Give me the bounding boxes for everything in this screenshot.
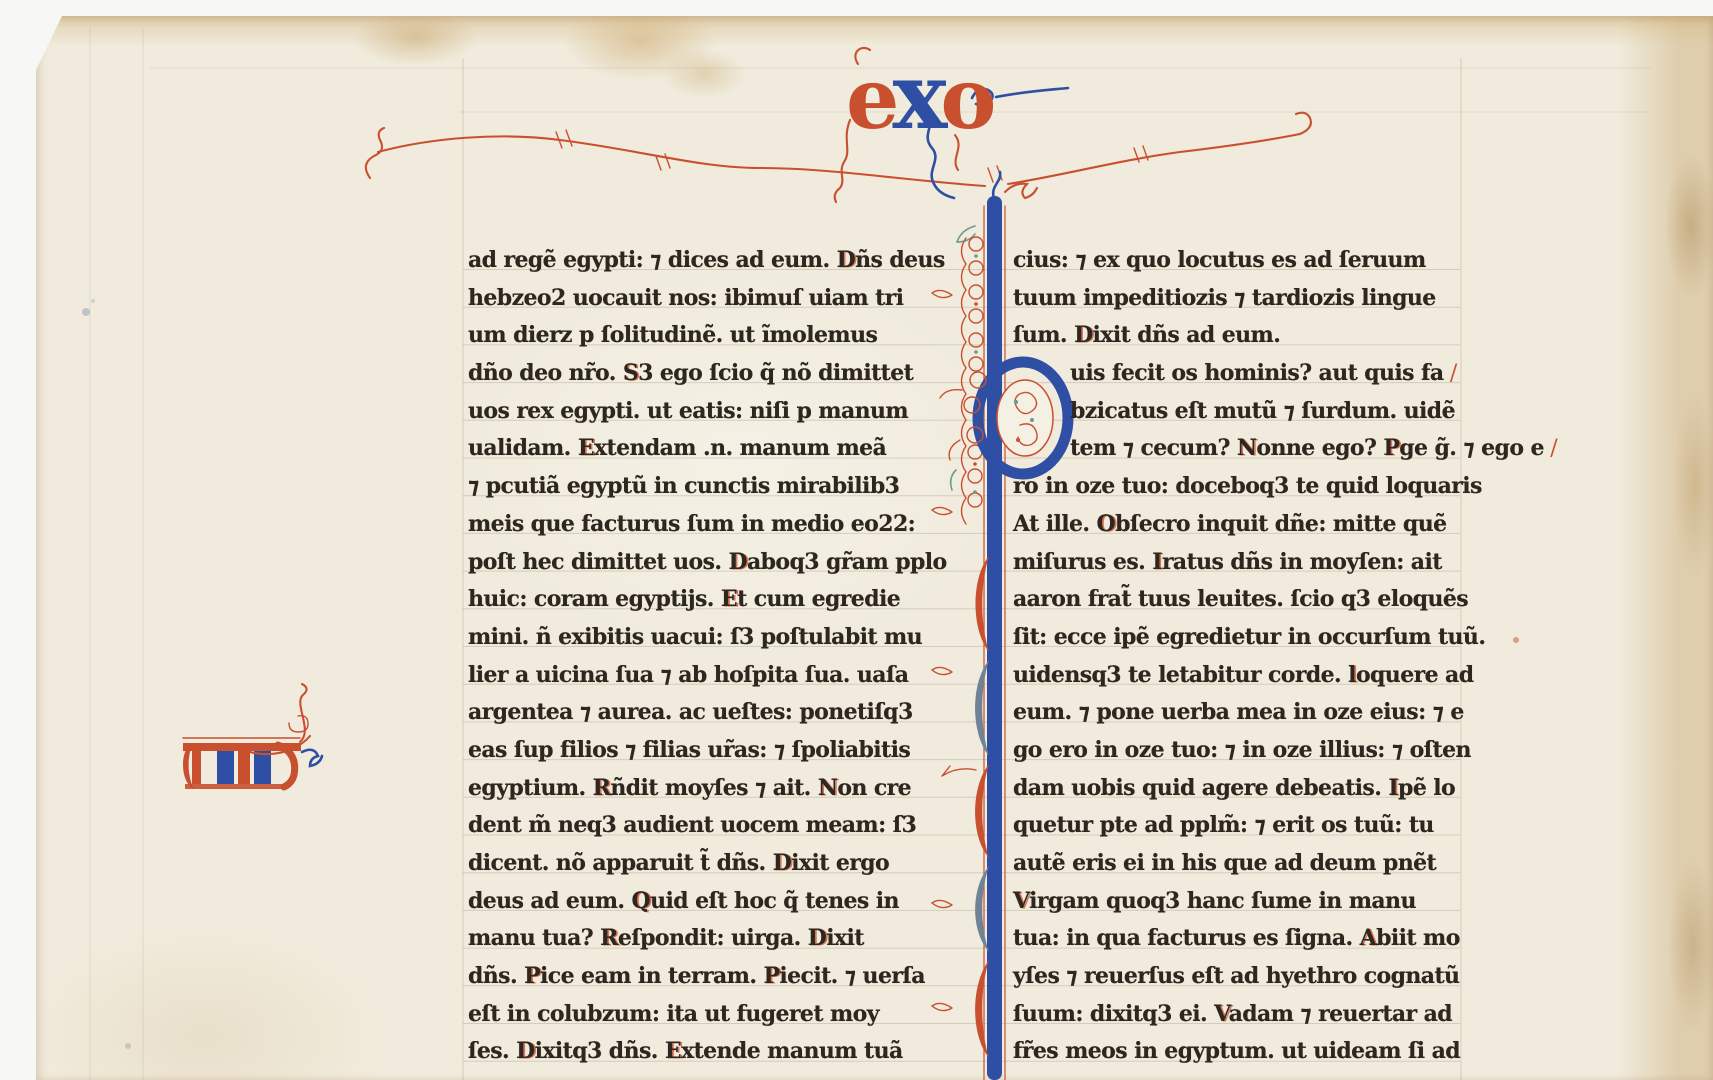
text-line: manu tua? Reſpondit: uirga. Dixit <box>468 920 958 958</box>
text-segment: ⁊ pcutiã egyptũ in cunctis mirabilib3 <box>468 473 899 499</box>
text-segment: um dierz p ſolitudinẽ. ut ĩmolemus <box>468 322 877 348</box>
text-segment: ſuum: dixitq3 ei. <box>1013 1001 1214 1027</box>
rubricated-capital: D <box>1074 322 1092 348</box>
rubricated-capital: D <box>773 850 791 876</box>
text-segment: ixit ergo <box>791 850 889 876</box>
text-line: quetur pte ad pplm̃: ⁊ erit os tuũ: tu <box>1013 807 1465 845</box>
text-line: eſt in colubzum: ita ut fugeret moy <box>468 996 958 1034</box>
rubricated-capital: D <box>516 1038 534 1064</box>
text-segment: pẽ lo <box>1398 775 1455 801</box>
text-column-right: cius: ⁊ ex quo locutus es ad ſeruumtuum … <box>1013 242 1465 1071</box>
text-line: mini. ñ exibitis uacui: ſ3 poſtulabit mu <box>468 619 958 657</box>
running-title-letter: o <box>940 49 989 148</box>
text-segment: autẽ eris ei in his que ad deum pnẽt <box>1013 850 1436 876</box>
text-segment: adam ⁊ reuertar ad <box>1229 1001 1452 1027</box>
text-line: argentea ⁊ aurea. ac ueſtes: ponetiſq3 <box>468 694 958 732</box>
text-line: ſuum: dixitq3 ei. Vadam ⁊ reuertar ad <box>1013 996 1465 1034</box>
rubricated-capital: P <box>524 963 540 989</box>
text-segment: 3 ego ſcio q̃ nõ dimittet <box>638 360 913 386</box>
text-segment: dam uobis quid agere debeatis. <box>1013 775 1388 801</box>
rubricated-capital: I <box>1388 775 1398 801</box>
text-segment: lier a uicina ſua ⁊ ab hoſpita ſua. uaſa <box>468 662 908 688</box>
rubricated-capital: P <box>1383 435 1399 461</box>
text-segment: uos rex egypti. ut eatis: niſi p manum <box>468 398 908 424</box>
text-segment: poſt hec dimittet uos. <box>468 549 728 575</box>
text-line: lier a uicina ſua ⁊ ab hoſpita ſua. uaſa <box>468 657 958 695</box>
text-segment: / <box>1544 436 1557 461</box>
text-line: yſes ⁊ reuerſus eſt ad hyethro cognatũ <box>1013 958 1465 996</box>
text-segment: irgam quoq3 hanc ſume in manu <box>1029 888 1416 914</box>
text-line: dño deo nr̃o. S3 ego ſcio q̃ nõ dimittet <box>468 355 958 393</box>
text-segment: xtendam .n. manum meã <box>594 435 886 461</box>
text-segment: ſum. <box>1013 322 1074 348</box>
rubricated-capital: D <box>837 247 855 273</box>
rubricated-capital: D <box>728 549 746 575</box>
text-segment: manu tua? <box>468 925 600 951</box>
text-segment: ixit <box>826 925 864 951</box>
text-segment: cius: ⁊ ex quo locutus es ad ſeruum <box>1013 247 1426 273</box>
text-line: uidensq3 te letabitur corde. loquere ad <box>1013 657 1465 695</box>
text-segment: ſit: ecce ipẽ egredietur in occurſum tuũ… <box>1013 624 1485 650</box>
text-line: cius: ⁊ ex quo locutus es ad ſeruum <box>1013 242 1465 280</box>
rubricated-capital: l <box>1348 662 1356 688</box>
text-segment: tem ⁊ cecum? <box>1070 435 1237 461</box>
rubricated-capital: E <box>578 435 594 461</box>
text-segment: t cum egredie <box>737 586 900 612</box>
text-segment: dicent. nõ apparuit t̃ dñs. <box>468 850 773 876</box>
text-segment: miſurus es. <box>1013 549 1152 575</box>
text-segment: uidensq3 te letabitur corde. <box>1013 662 1348 688</box>
text-line: uis fecit os hominis? aut quis fa / <box>1013 355 1465 393</box>
text-segment: aboq3 gr̃am pplo <box>747 549 947 575</box>
text-segment: on cre <box>837 775 911 801</box>
text-segment: ixitq3 dñs. <box>535 1038 665 1064</box>
text-segment: tuum impeditiozis ⁊ tardiozis lingue <box>1013 285 1436 311</box>
rubricated-capital: P <box>763 963 779 989</box>
text-line: ualidam. Extendam .n. manum meã <box>468 430 958 468</box>
text-segment: oquere ad <box>1356 662 1474 688</box>
text-line: miſurus es. Iratus dñs in moyſen: ait <box>1013 544 1465 582</box>
text-segment: ixit dñs ad eum. <box>1093 322 1281 348</box>
text-line: ro in oze tuo: doceboq3 te quid loquaris <box>1013 468 1465 506</box>
text-line: tem ⁊ cecum? Nonne ego? Pge g̃. ⁊ ego e … <box>1013 430 1465 468</box>
text-segment: quetur pte ad pplm̃: ⁊ erit os tuũ: tu <box>1013 812 1434 838</box>
rubricated-capital: E <box>665 1038 681 1064</box>
text-line: ſit: ecce ipẽ egredietur in occurſum tuũ… <box>1013 619 1465 657</box>
text-segment: onne ego? <box>1256 435 1383 461</box>
text-line: meis que facturus ſum in medio eo22: <box>468 506 958 544</box>
rubricated-capital: O <box>1097 511 1116 537</box>
text-segment: uis fecit os hominis? aut quis fa <box>1070 360 1444 386</box>
text-segment: mini. ñ exibitis uacui: ſ3 poſtulabit mu <box>468 624 922 650</box>
running-title-letter: e <box>846 49 892 148</box>
text-segment: huic: coram egyptijs. <box>468 586 721 612</box>
manuscript-page-photo: exo ad regẽ egypti: ⁊ dices ad eum. Dñs … <box>0 0 1713 1080</box>
rubricated-capital: Q <box>632 888 651 914</box>
text-segment: ñs deus <box>855 247 945 273</box>
text-segment: dñs. <box>468 963 524 989</box>
rubricated-capital: N <box>1237 435 1257 461</box>
text-segment: go ero in oze tuo: ⁊ in oze illius: ⁊ oſ… <box>1013 737 1471 763</box>
text-segment: eas ſup filios ⁊ filias ur̃as: ⁊ ſpoliab… <box>468 737 910 763</box>
text-line: ſum. Dixit dñs ad eum. <box>1013 317 1465 355</box>
text-line: fr̃es meos in egyptum. ut uideam ſi ad <box>1013 1033 1465 1071</box>
text-line: go ero in oze tuo: ⁊ in oze illius: ⁊ oſ… <box>1013 732 1465 770</box>
text-line: hebzeo2 uocauit nos: ibimuſ uiam tri <box>468 280 958 318</box>
text-line: Virgam quoq3 hanc ſume in manu <box>1013 883 1465 921</box>
text-segment: ſes. <box>468 1038 516 1064</box>
text-segment: uid eſt hoc q̃ tenes in <box>650 888 899 914</box>
text-line: um dierz p ſolitudinẽ. ut ĩmolemus <box>468 317 958 355</box>
text-segment: tua: in qua facturus es ſigna. <box>1013 925 1360 951</box>
text-segment: meis que facturus ſum in medio eo22: <box>468 511 915 537</box>
text-segment: fr̃es meos in egyptum. ut uideam ſi ad <box>1013 1038 1460 1064</box>
text-line: dñs. Pice eam in terram. Piecit. ⁊ uerſa <box>468 958 958 996</box>
running-title: exo <box>846 54 989 165</box>
text-segment: ñdit moyſes ⁊ ait. <box>610 775 817 801</box>
text-segment: ualidam. <box>468 435 578 461</box>
text-line: deus ad eum. Quid eſt hoc q̃ tenes in <box>468 883 958 921</box>
text-line: bzicatus eſt mutũ ⁊ ſurdum. uidẽ <box>1013 393 1465 431</box>
text-line: ſes. Dixitq3 dñs. Extende manum tuã <box>468 1033 958 1071</box>
text-segment: iecit. ⁊ uerſa <box>779 963 924 989</box>
text-line: aaron frat̃ tuus leuites. ſcio q3 eloquẽ… <box>1013 581 1465 619</box>
rubricated-capital: N <box>818 775 838 801</box>
text-line: eas ſup filios ⁊ filias ur̃as: ⁊ ſpoliab… <box>468 732 958 770</box>
text-segment: bzicatus eſt mutũ ⁊ ſurdum. uidẽ <box>1070 398 1455 424</box>
text-segment: xtende manum tuã <box>681 1038 903 1064</box>
text-segment: ge g̃. ⁊ ego e <box>1399 435 1544 461</box>
rubricated-capital: S <box>623 360 638 386</box>
text-segment: / <box>1444 361 1457 386</box>
text-column-left: ad regẽ egypti: ⁊ dices ad eum. Dñs deus… <box>468 242 958 1071</box>
text-segment: aaron frat̃ tuus leuites. ſcio q3 eloquẽ… <box>1013 586 1468 612</box>
text-segment: eum. ⁊ pone uerba mea in oze eius: ⁊ e <box>1013 699 1464 725</box>
text-line: dam uobis quid agere debeatis. Ipẽ lo <box>1013 770 1465 808</box>
text-segment: biit mo <box>1376 925 1460 951</box>
text-segment: argentea ⁊ aurea. ac ueſtes: ponetiſq3 <box>468 699 913 725</box>
text-line: ad regẽ egypti: ⁊ dices ad eum. Dñs deus <box>468 242 958 280</box>
running-title-letter: x <box>892 42 940 150</box>
text-segment: egyptium. <box>468 775 593 801</box>
text-line: tua: in qua facturus es ſigna. Abiit mo <box>1013 920 1465 958</box>
rubricated-capital: D <box>808 925 826 951</box>
text-segment: ice eam in terram. <box>540 963 763 989</box>
text-line: ⁊ pcutiã egyptũ in cunctis mirabilib3 <box>468 468 958 506</box>
text-segment: eſpondit: uirga. <box>618 925 808 951</box>
rubricated-capital: E <box>721 586 737 612</box>
rubricated-capital: A <box>1360 925 1376 951</box>
text-segment: ratus dñs in moyſen: ait <box>1162 549 1442 575</box>
text-line: autẽ eris ei in his que ad deum pnẽt <box>1013 845 1465 883</box>
text-line: huic: coram egyptijs. Et cum egredie <box>468 581 958 619</box>
text-segment: bſecro inquit dñe: mitte quẽ <box>1115 511 1446 537</box>
rubricated-capital: V <box>1013 888 1029 914</box>
text-line: dicent. nõ apparuit t̃ dñs. Dixit ergo <box>468 845 958 883</box>
text-line: tuum impeditiozis ⁊ tardiozis lingue <box>1013 280 1465 318</box>
text-segment: dño deo nr̃o. <box>468 360 623 386</box>
text-segment: ro in oze tuo: doceboq3 te quid loquaris <box>1013 473 1482 499</box>
rubricated-capital: V <box>1214 1001 1228 1027</box>
rubricated-capital: I <box>1152 549 1162 575</box>
text-line: At ille. Obſecro inquit dñe: mitte quẽ <box>1013 506 1465 544</box>
text-line: poſt hec dimittet uos. Daboq3 gr̃am pplo <box>468 544 958 582</box>
text-segment: dent m̃ neq3 audient uocem meam: ſ3 <box>468 812 916 838</box>
text-segment: deus ad eum. <box>468 888 632 914</box>
text-segment: yſes ⁊ reuerſus eſt ad hyethro cognatũ <box>1013 963 1459 989</box>
text-line: egyptium. Rñdit moyſes ⁊ ait. Non cre <box>468 770 958 808</box>
text-line: dent m̃ neq3 audient uocem meam: ſ3 <box>468 807 958 845</box>
rubricated-capital: R <box>600 925 618 951</box>
rubricated-capital: R <box>593 775 611 801</box>
text-segment: At ille. <box>1013 511 1097 537</box>
text-line: uos rex egypti. ut eatis: niſi p manum <box>468 393 958 431</box>
text-segment: ad regẽ egypti: ⁊ dices ad eum. <box>468 247 837 273</box>
text-line: eum. ⁊ pone uerba mea in oze eius: ⁊ e <box>1013 694 1465 732</box>
text-segment: eſt in colubzum: ita ut fugeret moy <box>468 1001 879 1027</box>
text-segment: hebzeo2 uocauit nos: ibimuſ uiam tri <box>468 285 903 311</box>
